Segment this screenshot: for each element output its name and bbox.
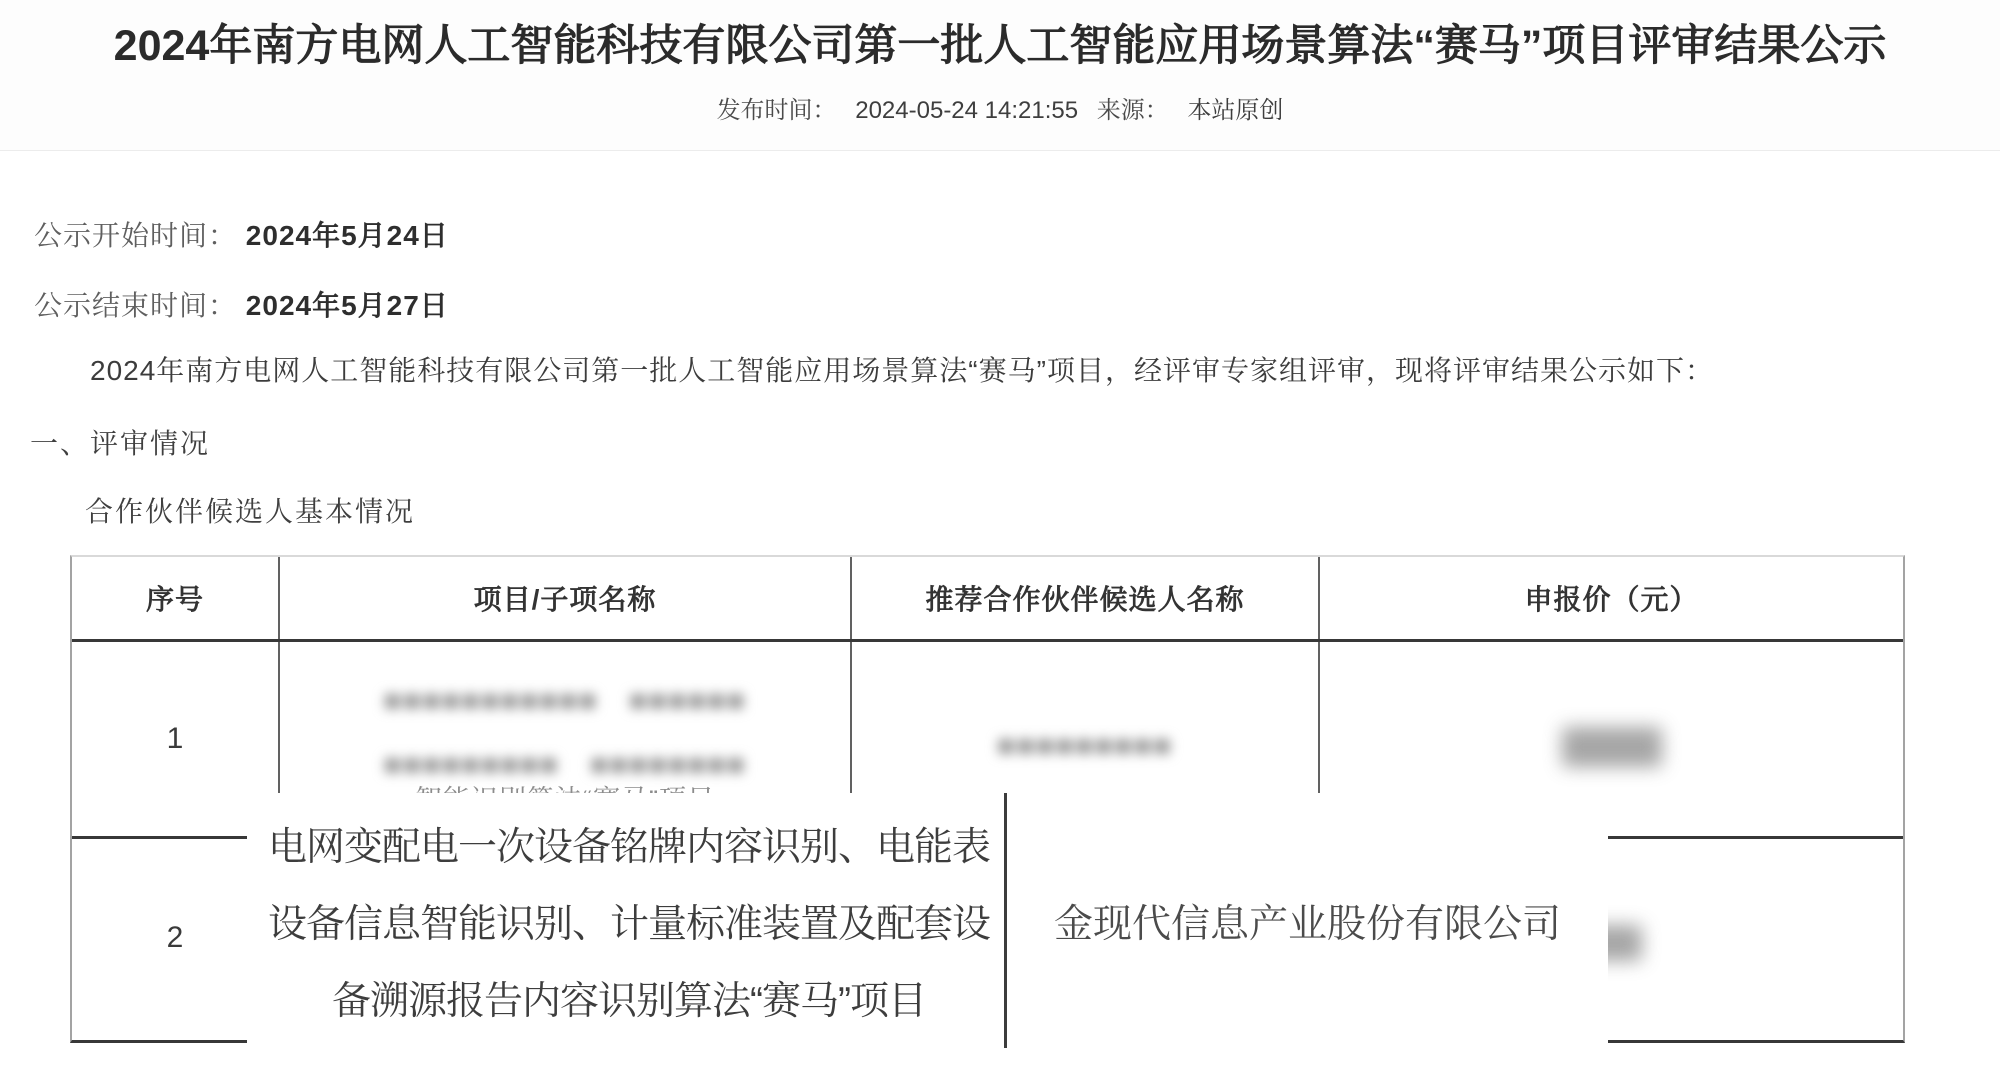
magnified-project-line: 设备信息智能识别、计量标准装置及配套设 — [255, 886, 1003, 963]
section-heading: 一、评审情况 — [30, 422, 210, 462]
magnifier-overlay: 电网变配电一次设备铭牌内容识别、电能表 设备信息智能识别、计量标准装置及配套设 … — [247, 793, 1608, 1074]
redacted-price-blob — [1562, 727, 1662, 767]
publish-time-label: 发布时间： — [717, 97, 837, 124]
header-cell-no: 序号 — [72, 557, 280, 639]
notice-end-label: 公示结束时间： — [34, 290, 237, 321]
magnified-project-line: 电网变配电一次设备铭牌内容识别、电能表 — [255, 809, 1003, 886]
publish-time-value: 2024-05-24 14:21:55 — [855, 97, 1078, 124]
source-value: 本站原创 — [1187, 97, 1283, 124]
intro-paragraph: 2024年南方电网人工智能科技有限公司第一批人工智能应用场景算法“赛马”项目，经… — [90, 349, 1714, 389]
source-label: 来源： — [1097, 97, 1169, 124]
redacted-candidate-name: ■■■■■■■■■ — [852, 730, 1318, 763]
notice-end-line: 公示结束时间： 2024年5月27日 — [34, 284, 449, 324]
notice-start-label: 公示开始时间： — [34, 220, 237, 251]
redacted-project-line: ■■■■■■■■■■■ ■■■■■■ — [280, 678, 850, 719]
publish-meta: 发布时间： 2024-05-24 14:21:55 来源： 本站原创 — [0, 90, 2000, 125]
notice-start-date: 2024年5月24日 — [246, 220, 449, 251]
magnified-project-line: 备溯源报告内容识别算法“赛马”项目 — [255, 963, 1003, 1040]
header-cell-candidate: 推荐合作伙伴候选人名称 — [852, 557, 1320, 639]
header-cell-price: 申报价（元） — [1320, 557, 1903, 639]
page-title: 2024年南方电网人工智能科技有限公司第一批人工智能应用场景算法“赛马”项目评审… — [0, 12, 2000, 73]
notice-start-line: 公示开始时间： 2024年5月24日 — [34, 214, 449, 254]
redacted-project-line: ■■■■■■■■■ ■■■■■■■■ — [280, 742, 850, 783]
header-cell-project: 项目/子项名称 — [280, 557, 852, 639]
notice-end-date: 2024年5月27日 — [246, 290, 449, 321]
table-caption: 合作伙伴候选人基本情况 — [85, 490, 415, 530]
magnified-candidate-name: 金现代信息产业股份有限公司 — [1007, 893, 1608, 949]
announcement-page: 2024年南方电网人工智能科技有限公司第一批人工智能应用场景算法“赛马”项目评审… — [0, 0, 2000, 1074]
page-header: 2024年南方电网人工智能科技有限公司第一批人工智能应用场景算法“赛马”项目评审… — [0, 0, 2000, 151]
magnified-project-name: 电网变配电一次设备铭牌内容识别、电能表 设备信息智能识别、计量标准装置及配套设 … — [255, 809, 1003, 1040]
table-header-row: 序号 项目/子项名称 推荐合作伙伴候选人名称 申报价（元） — [72, 557, 1903, 642]
